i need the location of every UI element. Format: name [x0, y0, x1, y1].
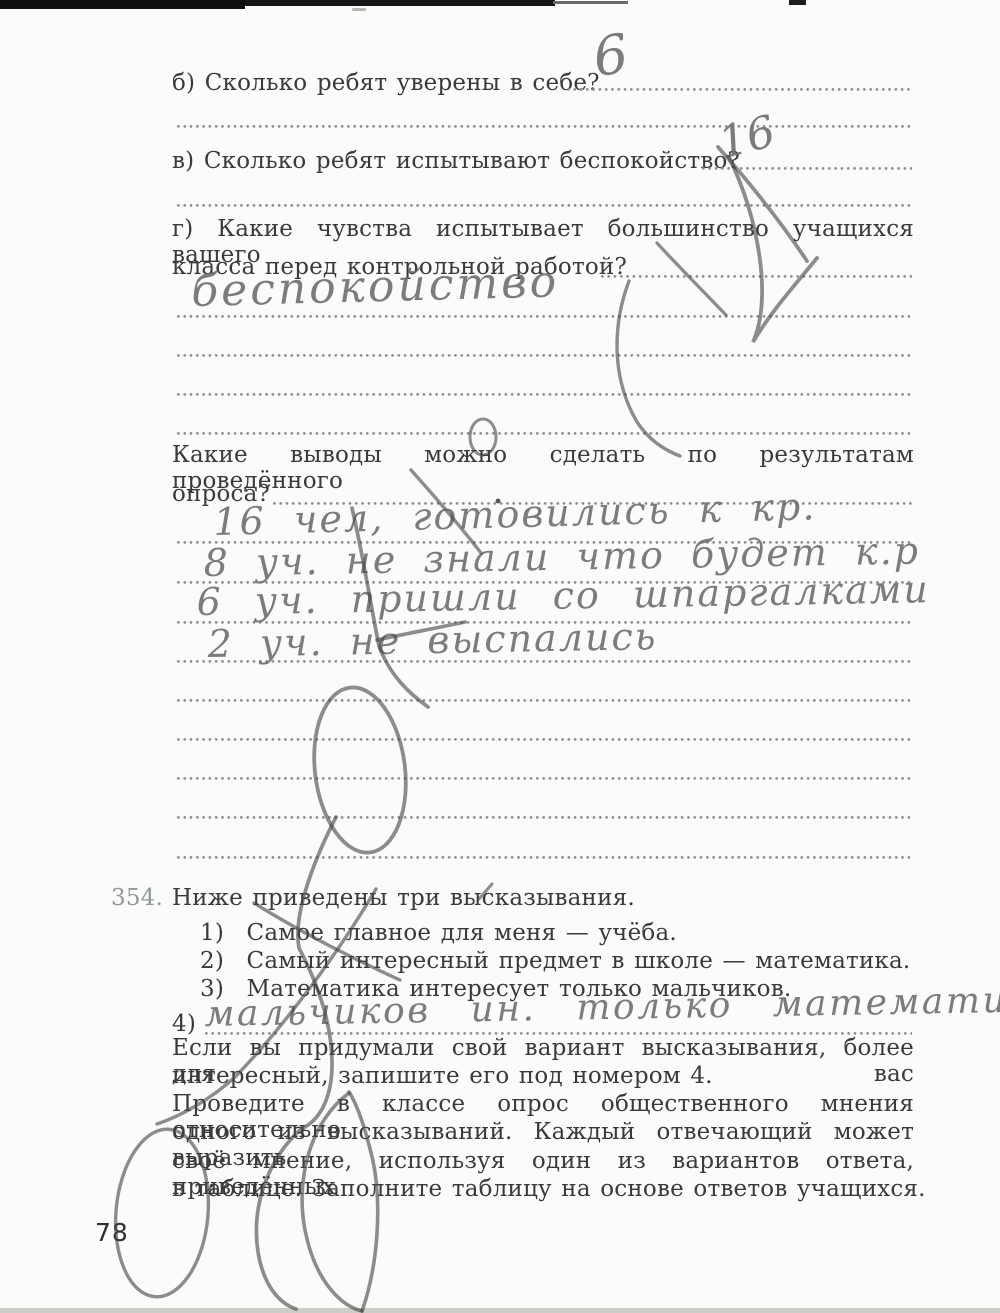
handwritten-answer-g: беспокойство: [191, 256, 560, 317]
answer-line: [176, 314, 912, 319]
answer-line: [176, 698, 912, 703]
answer-line-g: [600, 274, 912, 279]
task-number: 354.: [111, 885, 163, 911]
answer-line: [176, 203, 912, 208]
statement-4-num: 4): [172, 1011, 196, 1037]
scan-edge-top-thick: [0, 0, 245, 9]
statement-1-text: Самое главное для меня — учёба.: [247, 920, 677, 946]
question-v-label: в): [172, 148, 194, 174]
question-b-label: б): [172, 70, 195, 96]
question-v-text: Сколько ребят испытывают беспокойство?: [204, 148, 740, 174]
handwritten-conclusion-4: 2 уч. не выспались: [207, 614, 658, 666]
answer-line-b: [566, 87, 912, 92]
scan-edge-top-right: [789, 0, 806, 5]
answer-line: [176, 431, 912, 436]
answer-line: [176, 353, 912, 358]
answer-line: [176, 124, 912, 129]
task-paragraph2-line4: в таблице. Заполните таблицу на основе о…: [172, 1176, 926, 1202]
scan-edge-top-fade: [553, 1, 628, 4]
question-v: в) Сколько ребят испытывают беспокойство…: [172, 148, 740, 174]
statement-1-num: 1): [200, 920, 224, 946]
question-g-label: г): [172, 216, 193, 242]
scan-smudge-top: [352, 8, 366, 11]
scan-edge-bottom: [0, 1308, 1000, 1313]
statement-2: 2) Самый интересный предмет в школе — ма…: [200, 948, 910, 974]
answer-line: [176, 855, 912, 860]
statement-2-num: 2): [200, 948, 224, 974]
task-intro: Ниже приведены три высказывания.: [172, 885, 635, 911]
statement-1: 1) Самое главное для меня — учёба.: [200, 920, 677, 946]
answer-line: [176, 737, 912, 742]
statement-2-text: Самый интересный предмет в школе — матем…: [247, 948, 911, 974]
task-paragraph1-line2: интересный, запишите его под номером 4.: [172, 1063, 713, 1089]
pencil-paren-arc: [617, 281, 680, 456]
page-number: 78: [95, 1218, 129, 1247]
answer-line: [176, 776, 912, 781]
workbook-page-scan: б) Сколько ребят уверены в себе? в) Скол…: [0, 0, 1000, 1313]
question-b: б) Сколько ребят уверены в себе?: [172, 70, 600, 96]
answer-line: [176, 392, 912, 397]
handwritten-answer-v: 16: [714, 106, 781, 169]
answer-line: [176, 815, 912, 820]
handwritten-answer-b: 6: [589, 22, 632, 89]
pencil-big-oval: [305, 682, 415, 858]
question-b-text: Сколько ребят уверены в себе?: [205, 70, 600, 96]
